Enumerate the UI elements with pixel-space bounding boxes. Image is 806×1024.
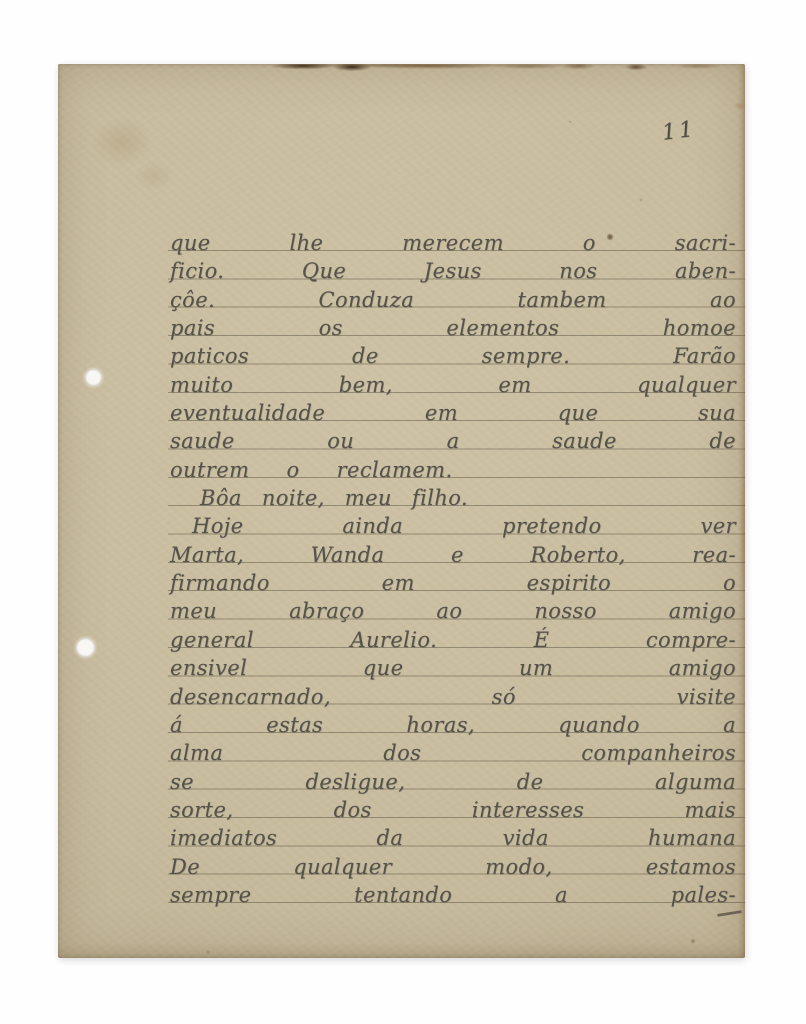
pencil-dash-mark <box>717 910 742 917</box>
handwritten-line: muito bem, em qualquer <box>170 371 736 399</box>
handwritten-text-block: que lhe merecem o sacri- ficio. Que Jesu… <box>170 229 736 909</box>
handwritten-line: imediatos da vida humana <box>170 824 736 852</box>
handwritten-line: que lhe merecem o sacri- <box>170 229 736 257</box>
manuscript-page: 11 que lhe merecem o sacri- ficio. Que J… <box>58 64 745 958</box>
handwritten-line: outrem o reclamem. <box>170 456 736 484</box>
handwritten-line: Hoje ainda pretendo ver <box>170 512 736 540</box>
punch-hole-bottom <box>76 638 95 657</box>
handwritten-line: sorte, dos interesses mais <box>170 796 736 824</box>
handwritten-line: ensivel que um amigo <box>170 654 736 682</box>
handwritten-line: se desligue, de alguma <box>170 768 736 796</box>
handwritten-line: saude ou a saude de <box>170 427 736 455</box>
handwritten-line: çôe. Conduza tambem ao <box>170 286 736 314</box>
handwritten-line: sempre tentando a pales- <box>170 881 736 909</box>
handwritten-line: Marta, Wanda e Roberto, rea- <box>170 541 736 569</box>
handwritten-line: general Aurelio. É compre- <box>170 626 736 654</box>
handwritten-line: pais os elementos homoe <box>170 314 736 342</box>
handwritten-line: meu abraço ao nosso amigo <box>170 597 736 625</box>
page-number: 11 <box>661 115 712 146</box>
handwritten-line: alma dos companheiros <box>170 739 736 767</box>
handwritten-line: Bôa noite, meu filho. <box>170 484 736 512</box>
handwritten-line: eventualidade em que sua <box>170 399 736 427</box>
handwritten-line: paticos de sempre. Farão <box>170 342 736 370</box>
handwritten-line: De qualquer modo, estamos <box>170 853 736 881</box>
punch-hole-top <box>85 369 102 386</box>
handwritten-line: firmando em espirito o <box>170 569 736 597</box>
handwritten-line: á estas horas, quando a <box>170 711 736 739</box>
handwritten-line: desencarnado, só visite <box>170 683 736 711</box>
handwritten-line: ficio. Que Jesus nos aben- <box>170 257 736 285</box>
burn-marks-top-edge <box>58 64 745 75</box>
